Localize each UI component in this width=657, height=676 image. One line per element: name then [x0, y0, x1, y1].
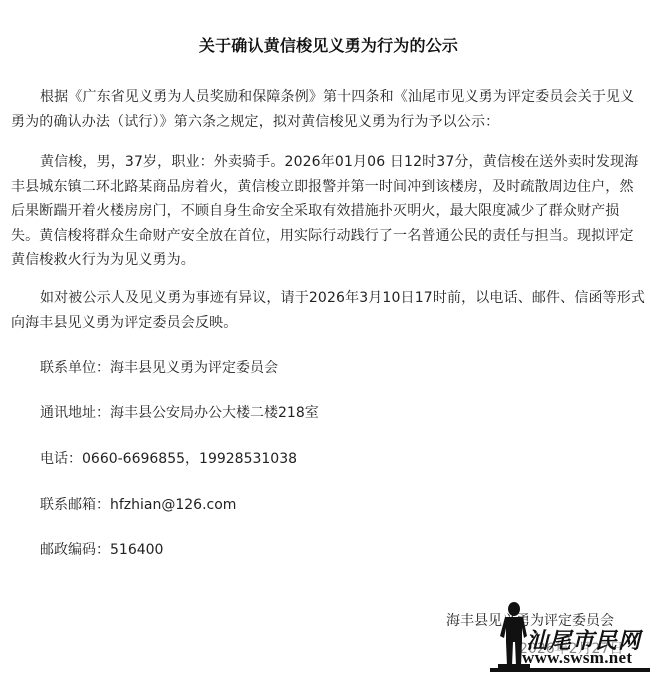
contact-email: 联系邮箱：hfzhian@126.com [40, 495, 236, 515]
notice-page: 关于确认黄信梭见义勇为行为的公示 根据《广东省见义勇为人员奖励和保障条例》第十四… [0, 0, 657, 676]
page-title: 关于确认黄信梭见义勇为行为的公示 [0, 33, 657, 56]
contact-postcode: 邮政编码：516400 [40, 540, 163, 560]
signature-unit: 海丰县见义勇为评定委员会 [446, 611, 614, 631]
paragraph-objection: 如对被公示人及见义勇为事迹有异议，请于2026年3月10日17时前，以电话、邮件… [11, 286, 647, 335]
contact-address: 通讯地址：海丰县公安局办公大楼二楼218室 [40, 403, 319, 423]
signature-date: 2026年2月27日 [519, 639, 623, 659]
paragraph-deed: 黄信梭，男，37岁，职业：外卖骑手。2026年01月06 日12时37分，黄信梭… [11, 150, 647, 273]
watermark-underline [490, 668, 650, 672]
contact-phone: 电话：0660-6696855，19928531038 [40, 449, 297, 469]
contact-unit: 联系单位：海丰县见义勇为评定委员会 [40, 358, 278, 378]
paragraph-basis: 根据《广东省见义勇为人员奖励和保障条例》第十四条和《汕尾市见义勇为评定委员会关于… [11, 85, 647, 134]
